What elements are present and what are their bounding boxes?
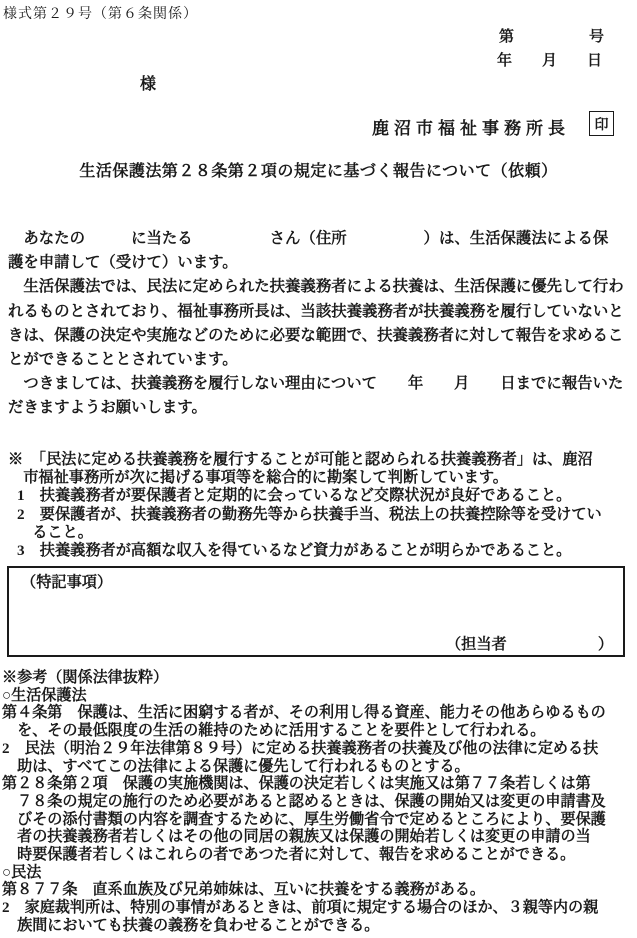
reference-section: ※参考（関係法律抜粋） ○生活保護法 第４条第 保護は、生活に困窮する者が、その…	[2, 670, 636, 936]
seal-mark: 印	[589, 111, 614, 136]
body-text: あなたの に当たる さん（住所 ）は、生活保護法による保 護を申請して（受けて）…	[8, 227, 636, 421]
welfare-law-articles: 第４条第 保護は、生活に困窮する者が、その利用し得る資産、能力その他あらゆるもの…	[2, 705, 636, 864]
addressee-honorific: 様	[140, 71, 156, 94]
date-line: 年 月 日	[497, 49, 602, 70]
intro-paragraph: あなたの に当たる さん（住所 ）は、生活保護法による保 護を申請して（受けて）…	[8, 227, 636, 275]
remarks-label: （特記事項）	[21, 571, 112, 592]
reference-heading: ※参考（関係法律抜粋）	[2, 670, 636, 688]
form-number: 様式第２９号（第６条関係）	[3, 3, 198, 23]
civil-law-name: ○民法	[2, 865, 636, 883]
seal-character: 印	[595, 114, 609, 134]
civil-law-articles: 第８７７条 直系血族及び兄弟姉妹は、互いに扶養をする義務がある。 2 家庭裁判所…	[2, 882, 636, 935]
note-item-2: 2 要保護者が、扶養義務者の勤務先等から扶養手当、税法上の扶養控除等を受けてい …	[17, 506, 636, 542]
law-explanation-paragraph: 生活保護法では、民法に定められた扶養義務者による扶養は、生活保護に優先して行わ …	[8, 275, 636, 372]
staff-label: （担当者 ）	[446, 633, 613, 654]
note-item-1: 1 扶養義務者が要保護者と定期的に会っているなど交際状況が良好であること。	[17, 487, 636, 505]
sender-title: 鹿沼市福祉事務所長	[372, 114, 570, 139]
document-number-line: 第 号	[499, 25, 604, 46]
request-paragraph: つきましては、扶養義務を履行しない理由について 年 月 日までに報告いた だきま…	[8, 372, 636, 420]
document-title: 生活保護法第２８条第２項の規定に基づく報告について（依頼）	[0, 158, 637, 181]
note-item-3: 3 扶養義務者が高額な収入を得ているなど資力があることが明らかであること。	[17, 542, 636, 560]
document-page: 様式第２９号（第６条関係） 第 号 年 月 日 様 鹿沼市福祉事務所長 印 生活…	[0, 0, 637, 938]
note-section: ※ 「民法に定める扶養義務を履行することが可能と認められる扶養義務者」は、鹿沼 …	[8, 451, 636, 560]
note-intro: ※ 「民法に定める扶養義務を履行することが可能と認められる扶養義務者」は、鹿沼 …	[8, 451, 636, 487]
remarks-box: （特記事項） （担当者 ）	[7, 566, 625, 657]
welfare-law-name: ○生活保護法	[2, 688, 636, 706]
